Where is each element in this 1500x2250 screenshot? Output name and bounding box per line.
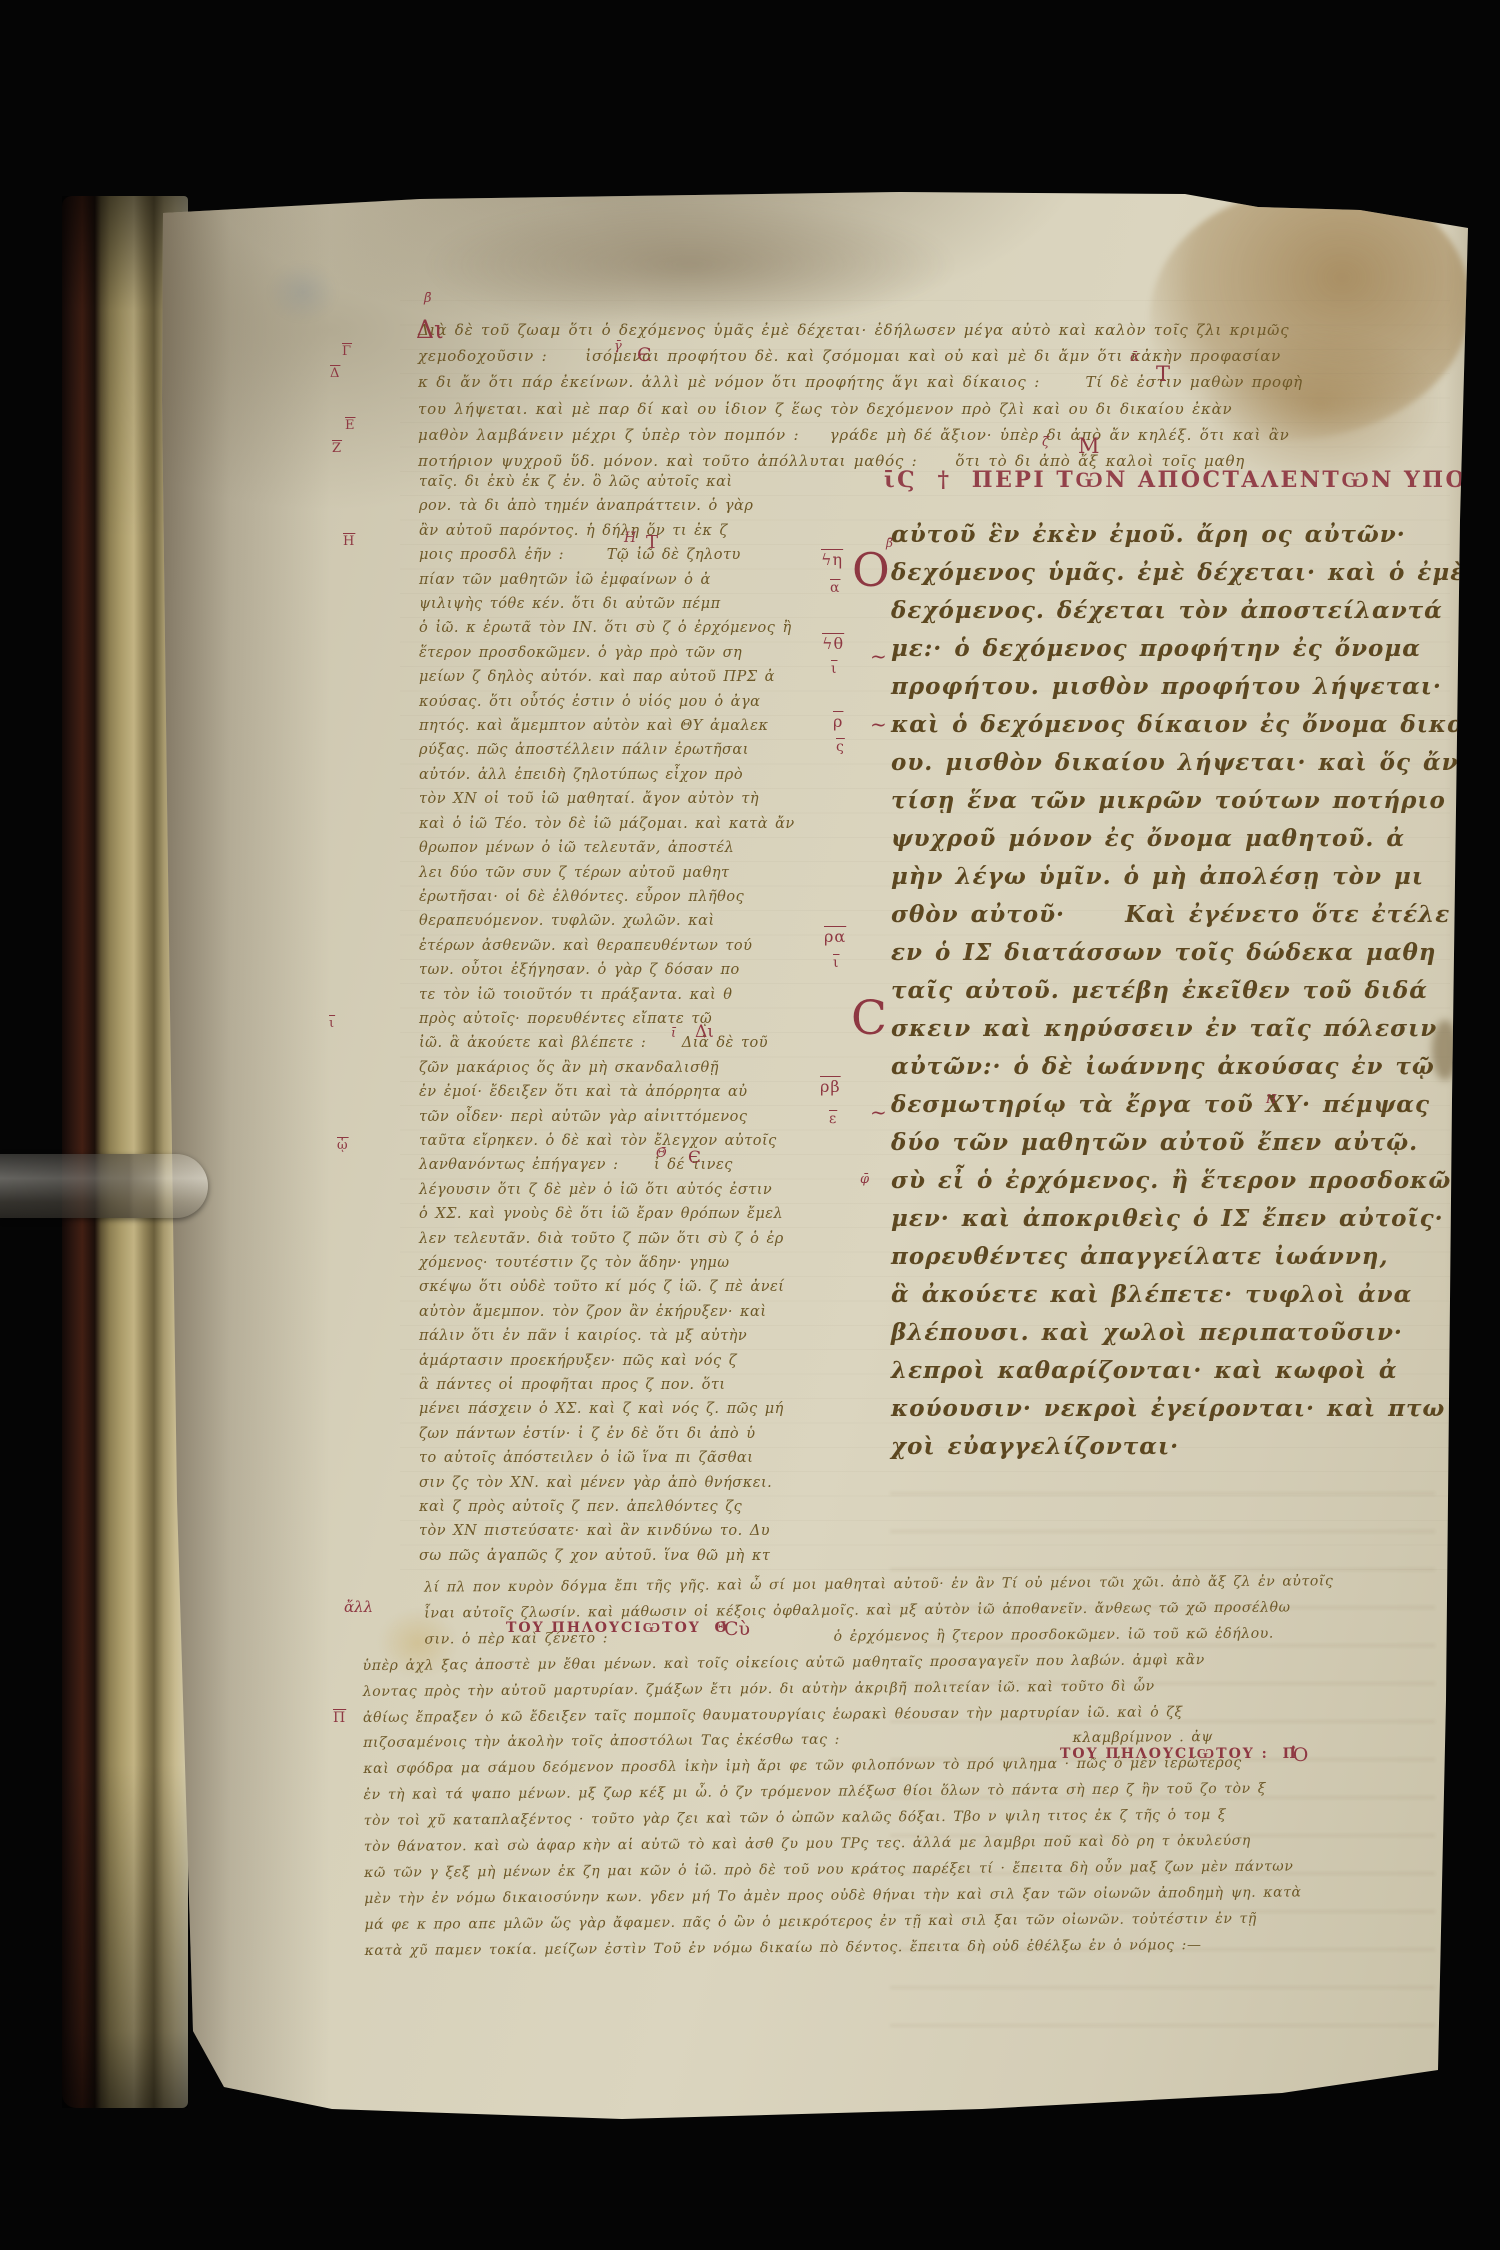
initial-tau-2: Τ	[646, 532, 658, 553]
rubric-alpha-sign: ᾱ	[1130, 350, 1139, 365]
initial-omicron-large: Ο	[852, 543, 890, 597]
commentary-line: ταῦτα εἴρηκεν. ὁ δὲ καὶ τὸν ἔλεγχον αὐτο…	[419, 1129, 874, 1153]
rubric-theta-inline: Θ̄	[656, 1146, 667, 1161]
commentary-line: λει δύο τῶν συν ζ τέρων αὐτοῦ μαθητ	[419, 861, 874, 885]
gospel-line: μεν· καὶ ἀποκριθεὶς ὁ ΙΣ ἔπεν αὐτοῖς·	[891, 1200, 1421, 1238]
commentary-line: λανθανόντως ἐπήγαγεν : ἰ δέ τινες	[419, 1153, 874, 1177]
gospel-text-column: αὐτοῦ ἓν ἐκὲν ἐμοῦ. ἄρη ος αὐτῶν·δεχόμεν…	[891, 516, 1421, 1466]
commentary-line: θρωπον μένων ὁ ἰῶ τελευτᾶν, ἀποστέλ	[419, 836, 874, 860]
rubric-beta-sign: β̄	[424, 291, 432, 306]
gospel-line: ἃ ἀκούετε καὶ βλέπετε· τυφλοὶ ἀνα	[891, 1276, 1421, 1314]
gospel-line: αὐτῶν:· ὁ δὲ ἰωάννης ἀκούσας ἐν τῷ	[891, 1048, 1421, 1086]
gospel-line: τίσῃ ἕνα τῶν μικρῶν τούτων ποτήριο	[891, 782, 1421, 820]
left-commentary-column: ταῖς. δι ἐκὺ ἐκ ζ ἐν. ὃ λῶς αὐτοῖς καὶρο…	[419, 470, 874, 1568]
gospel-line: λεπροὶ καθαρίζονται· καὶ κωφοὶ ἀ	[891, 1352, 1421, 1390]
initial-delta-iota-2: Δι	[695, 1022, 714, 1042]
commentary-line: πάλιν ὅτι ἐν πᾶν ἱ καιρίος. τὰ μξ αὐτὴν	[419, 1324, 874, 1348]
rubric-zeta-sign: ζ̄	[1042, 435, 1049, 450]
glass-page-weight	[0, 1154, 208, 1218]
commentary-line: Διὰ δὲ τοῦ ζωαμ ὅτι ὁ δεχόμενος ὑμᾶς ἐμὲ…	[418, 317, 1413, 343]
margin-mark-omega: ᾡ	[337, 1138, 349, 1153]
commentary-line: πίαν τῶν μαθητῶν ἰῶ ἐμφαίνων ὁ ἀ	[419, 568, 874, 592]
commentary-line: ὁ ΧΣ. καὶ γνοὺς δὲ ὅτι ἰῶ ἔραν θρόπων ἔμ…	[419, 1202, 874, 1226]
chapter-number-98: ϟη	[821, 550, 843, 569]
gospel-line: προφήτου. μισθὸν προφήτου λήψεται·	[891, 668, 1421, 706]
canon-number-102: ε	[829, 1111, 837, 1127]
commentary-line: σω πῶς ἀγαπῶς ζ χον αὐτοῦ. ἵνα θῶ μὴ κτ	[419, 1544, 874, 1568]
commentary-line: χόμενος· τουτέστιν ζς τὸν ἅδην· γημω	[419, 1251, 874, 1275]
tilde-mark-1: ~	[870, 644, 887, 668]
canon-number-98: α	[830, 580, 840, 596]
commentary-line: τὸν ΧΝ οἱ τοῦ ἰῶ μαθηταί. ἄγον αὐτὸν τὴ	[419, 787, 874, 811]
chapter-number-101: ρα	[824, 927, 846, 946]
commentary-line: μένει πάσχειν ὁ ΧΣ. καὶ ζ καὶ νός ζ. πῶς…	[419, 1397, 874, 1421]
rubric-eta-over: Η̄	[1266, 1092, 1276, 1106]
gospel-line: ου. μισθὸν δικαίου λήψεται· καὶ ὅς ἄν πο	[891, 744, 1421, 782]
chapter-title: ῑϚ † ΠΕΡΙ ΤѠΝ ΑΠΟϹΤΑΛΕΝΤѠΝ ΥΠΟ ΙѠ †	[884, 467, 1500, 493]
commentary-line: πητός. καὶ ἄμεμπτον αὐτὸν καὶ ΘΥ ἀμαλεκ	[419, 714, 874, 738]
commentary-line: ὁ ἰῶ. κ ἐρωτᾶ τὸν ΙΝ. ὅτι σὺ ζ ὁ ἐρχόμεν…	[419, 616, 874, 640]
commentary-line: ζῶν μακάριος ὅς ἂν μὴ σκανδαλισθῇ	[419, 1056, 874, 1080]
commentary-line: κ δι ἄν ὅτι πάρ ἐκείνων. ἀλλὶ μὲ νόμον ὅ…	[418, 369, 1413, 395]
manuscript-page: Διὰ δὲ τοῦ ζωαμ ὅτι ὁ δεχόμενος ὑμᾶς ἐμὲ…	[0, 0, 1500, 2250]
commentary-line: αὐτὸν ἄμεμπον. τὸν ζρον ἂν ἐκήρυξεν· καὶ	[419, 1300, 874, 1324]
initial-epsilon: Є	[637, 344, 652, 366]
tilde-mark-3: ~	[870, 1100, 887, 1124]
margin-mark-epsilon: Ε	[345, 418, 356, 433]
commentary-line: τὸν ΧΝ πιστεύσατε· καὶ ἂν κινδύνω το. Δυ	[419, 1519, 874, 1543]
commentary-line: χεμοδοχοῦσιν : ἰσόμεναι προφήτου δὲ. καὶ…	[418, 343, 1413, 369]
margin-mark-iota: ι	[329, 1016, 335, 1031]
commentary-line: θεραπευόμενον. τυφλῶν. χωλῶν. καὶ	[419, 909, 874, 933]
gospel-line: καὶ ὁ δεχόμενος δίκαιον ἐς ὄνομα δικαί	[891, 706, 1421, 744]
chapter-number-102: ρβ	[820, 1077, 841, 1096]
gospel-line: κούουσιν· νεκροὶ ἐγείρονται· καὶ πτω	[891, 1390, 1421, 1428]
gospel-line: δεσμωτηρίῳ τὰ ἔργα τοῦ ΧΥ· πέμψας	[891, 1086, 1421, 1124]
top-commentary-block: Διὰ δὲ τοῦ ζωαμ ὅτι ὁ δεχόμενος ὑμᾶς ἐμὲ…	[418, 317, 1413, 474]
commentary-line: ταῖς. δι ἐκὺ ἐκ ζ ἐν. ὃ λῶς αὐτοῖς καὶ	[419, 470, 874, 494]
gospel-line: εν ὁ ΙΣ διατάσσων τοῖς δώδεκα μαθη	[891, 934, 1421, 972]
commentary-line: ἃ πάντες οἱ προφῆται προς ζ πον. ὅτι	[419, 1373, 874, 1397]
commentary-line: μείων ζ δηλὸς αὐτόν. καὶ παρ αὐτοῦ ΠΡΣ ἀ	[419, 665, 874, 689]
initial-sigma-y: Ϲὺ	[724, 1618, 750, 1640]
commentary-line: ἑτέρων ἀσθενῶν. καὶ θεραπευθέντων τού	[419, 934, 874, 958]
commentary-line: πρὸς αὐτοῖς· πορευθέντες εἴπατε τῷ	[419, 1007, 874, 1031]
gospel-line: μὴν λέγω ὑμῖν. ὁ μὴ ἀπολέσῃ τὸν μι	[891, 858, 1421, 896]
rubric-gamma-sign: γ̄	[614, 339, 622, 354]
gospel-line: ταῖς αὐτοῦ. μετέβη ἐκεῖθεν τοῦ διδά	[891, 972, 1421, 1010]
gospel-line: σκειν καὶ κηρύσσειν ἐν ταῖς πόλεσιν	[891, 1010, 1421, 1048]
gospel-line: βλέπουσι. καὶ χωλοὶ περιπατοῦσιν·	[891, 1314, 1421, 1352]
rubric-eta-inline: Η̄	[624, 530, 636, 546]
commentary-line: σιν ζς τὸν ΧΝ. καὶ μένεν γὰρ ἀπὸ θνήσκει…	[419, 1471, 874, 1495]
gospel-line: χοὶ εὐαγγελίζονται·	[891, 1428, 1421, 1466]
rubric-phi-over: φ̄	[860, 1172, 869, 1187]
initial-tau: Τ	[1156, 362, 1170, 386]
commentary-line: λέγουσιν ὅτι ζ δὲ μὲν ὁ ἰῶ ὅτι αὐτός ἐστ…	[419, 1178, 874, 1202]
commentary-line: ζων πάντων ἐστίν· ἰ ζ ἐν δὲ ὅτι δι ἀπὸ ὑ	[419, 1422, 874, 1446]
tilde-mark-2: ~	[870, 712, 887, 736]
commentary-line: ἰῶ. ἃ ἀκούετε καὶ βλέπετε : Διὰ δὲ τοῦ	[419, 1031, 874, 1055]
commentary-line: ἁμάρτασιν προεκήρυξεν· πῶς καὶ νός ζ	[419, 1349, 874, 1373]
commentary-line: των. οὗτοι ἐξήγησαν. ὁ γὰρ ζ δόσαν πο	[419, 958, 874, 982]
commentary-line: ἐρωτῆσαι· οἱ δὲ ἐλθόντες. εὗρον πλῆθος	[419, 885, 874, 909]
margin-mark-eta: Η	[343, 534, 355, 549]
gospel-line: ψυχροῦ μόνον ἐς ὄνομα μαθητοῦ. ἀ	[891, 820, 1421, 858]
chapter-number-100: ρ	[833, 712, 843, 731]
initial-epsilon-2: Є	[688, 1148, 701, 1168]
gospel-line: δεχόμενος ὑμᾶς. ἐμὲ δέχεται· καὶ ὁ ἐμὲ	[891, 554, 1421, 592]
commentary-line: σκέψω ὅτι οὐδὲ τοῦτο κί μός ζ ἰῶ. ζ πὲ ἀ…	[419, 1275, 874, 1299]
initial-sigma-large: Ϲ	[851, 991, 887, 1046]
commentary-line: καὶ ζ πρὸς αὐτοῖς ζ πεν. ἀπελθόντες ζς	[419, 1495, 874, 1519]
initial-delta-iota: Δι	[416, 315, 444, 344]
margin-mark-gamma: Γ	[342, 344, 352, 359]
blue-smudge	[268, 262, 338, 322]
author-rubric-pelusiote-1: ΤΟΥ ΠΗΛΟΥϹΙѠΤΟΥ Θ̄	[506, 1620, 729, 1637]
gospel-line: με:· ὁ δεχόμενος προφήτην ἐς ὄνομα	[891, 630, 1421, 668]
rubric-iota-inline: ῑ	[671, 1026, 676, 1041]
gospel-line: δεχόμενος. δέχεται τὸν ἀποστείλαντά	[891, 592, 1421, 630]
commentary-line: λεν τελευτᾶν. διὰ τοῦτο ζ πῶν ὅτι σὺ ζ ὁ…	[419, 1227, 874, 1251]
commentary-line: ψιλιψὴς τόθε κέν. ὅτι δι αὐτῶν πέμπ	[419, 592, 874, 616]
author-rubric-pelusiote-2: ΤΟΥ ΠΗΛΟΥϹΙѠΤΟΥ : Π̄	[1060, 1746, 1298, 1763]
initial-ho: Ὁ	[1292, 1744, 1308, 1766]
rubric-beta-over-o: β̄	[886, 536, 893, 550]
commentary-line: του λήψεται. καὶ μὲ παρ δί καὶ ου ἱδιον …	[418, 396, 1413, 422]
commentary-line: μαθὸν λαμβάνειν μέχρι ζ ὑπὲρ τὸν πομπόν …	[418, 422, 1413, 448]
commentary-line: κούσας. ὅτι οὗτός ἐστιν ὁ υἱός μου ὁ ἀγα	[419, 690, 874, 714]
initial-mu: Μ	[1078, 434, 1100, 458]
commentary-line: ἕτερον προσδοκῶμεν. ὁ γὰρ πρὸ τῶν ση	[419, 641, 874, 665]
commentary-line: καὶ ὁ ἰῶ Τέο. τὸν δὲ ἰῶ μάζομαι. καὶ κατ…	[419, 812, 874, 836]
margin-mark-zeta: Ζ	[332, 441, 342, 456]
margin-mark-allo: ἄλλ	[344, 1598, 373, 1616]
canon-number-101: ι	[833, 955, 840, 971]
manuscript-photograph: Διὰ δὲ τοῦ ζωαμ ὅτι ὁ δεχόμενος ὑμᾶς ἐμὲ…	[0, 0, 1500, 2250]
margin-mark-pi: Π	[333, 1710, 346, 1726]
gospel-line: αὐτοῦ ἓν ἐκὲν ἐμοῦ. ἄρη ος αὐτῶν·	[891, 516, 1421, 554]
gospel-line: σὺ εἶ ὁ ἐρχόμενος. ἢ ἕτερον προσδοκῶ	[891, 1162, 1421, 1200]
commentary-line: ἐν ἐμοί· ἔδειξεν ὅτι καὶ τὰ ἀπόρρητα αὐ	[419, 1080, 874, 1104]
commentary-line: ρον. τὰ δι ἀπὸ τημέν ἀναπράττειν. ὁ γὰρ	[419, 494, 874, 518]
commentary-line: το αὐτοῖς ἀπόστειλεν ὁ ἰῶ ἵνα πι ζᾶσθαι	[419, 1446, 874, 1470]
commentary-line: τῶν οἶδεν· περὶ αὐτῶν γὰρ αἰνιττόμενος	[419, 1105, 874, 1129]
commentary-line: αὐτόν. ἀλλ ἐπειδὴ ζηλοτύπως εἶχον πρὸ	[419, 763, 874, 787]
gospel-line: πορευθέντες ἀπαγγείλατε ἰωάννη,	[891, 1238, 1421, 1276]
gospel-line: σθὸν αὐτοῦ· Καὶ ἐγένετο ὅτε ἐτέλε	[891, 896, 1421, 934]
commentary-line: τε τὸν ἰῶ τοιοῦτόν τι πράξαντα. καὶ θ	[419, 983, 874, 1007]
chapter-number-99: ϟθ	[822, 634, 844, 653]
gospel-line: δύο τῶν μαθητῶν αὐτοῦ ἔπεν αὐτῷ.	[891, 1124, 1421, 1162]
margin-mark-delta: Δ	[330, 366, 340, 381]
commentary-line: ρύξας. πῶς ἀποστέλλειν πάλιν ἐρωτῆσαι	[419, 738, 874, 762]
canon-number-99: ι	[831, 661, 838, 677]
canon-number-100: ς	[836, 739, 845, 755]
